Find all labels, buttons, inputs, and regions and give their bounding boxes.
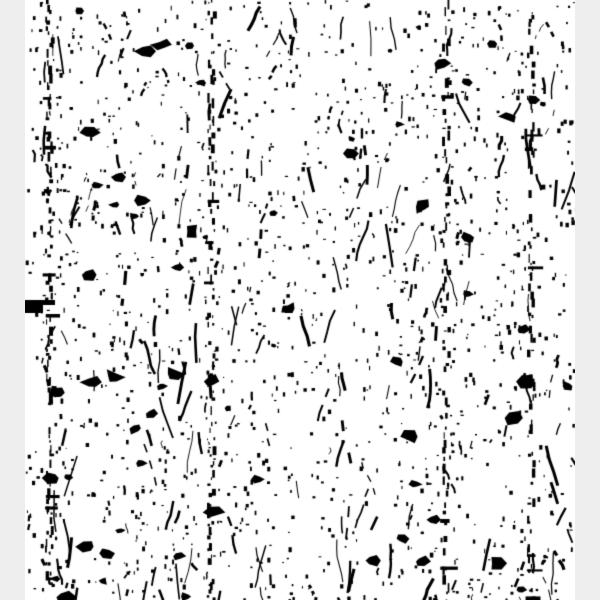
- grunge-texture: [25, 0, 575, 600]
- image-frame: [0, 0, 600, 600]
- texture-panel: [25, 0, 575, 600]
